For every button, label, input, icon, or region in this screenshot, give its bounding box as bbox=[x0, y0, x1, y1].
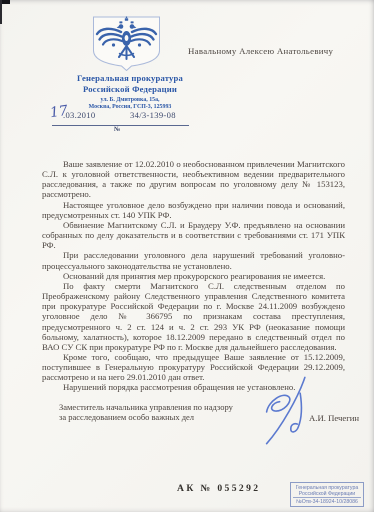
paragraph: Ваше заявление от 12.02.2010 о необоснов… bbox=[42, 159, 345, 200]
form-number: АК № 055292 bbox=[177, 483, 261, 494]
paragraph: Настоящее уголовное дело возбуждено при … bbox=[42, 200, 345, 220]
stamp-line3: №Отв-34-18924-10/28086 bbox=[293, 497, 361, 505]
coat-of-arms-icon bbox=[90, 15, 163, 73]
date-row: 17 .03.2010 34/3-139-08 bbox=[46, 108, 236, 124]
letter-body: Ваше заявление от 12.02.2010 о необоснов… bbox=[42, 159, 345, 393]
paragraph: По факту смерти Магнитского С.Л. следств… bbox=[42, 281, 345, 352]
org-name: Генеральная прокуратура Российской Федер… bbox=[35, 73, 225, 94]
signatory-title-line2: за расследованием особо важных дел bbox=[59, 412, 269, 422]
number-sign-label: № bbox=[114, 126, 121, 133]
org-name-line1: Генеральная прокуратура bbox=[35, 73, 225, 84]
signatory-title-line1: Заместитель начальника управления по над… bbox=[59, 402, 269, 412]
paragraph: При расследовании уголовного дела наруше… bbox=[42, 250, 345, 270]
signature-icon bbox=[261, 373, 331, 449]
signatory-title: Заместитель начальника управления по над… bbox=[59, 402, 269, 423]
reference-number: 34/3-139-08 bbox=[130, 110, 176, 120]
stamp-line1: Генеральная прокуратура bbox=[291, 485, 363, 491]
scan-edge-artifact bbox=[0, 0, 2, 24]
stamp-line2: Российской Федерации bbox=[291, 491, 363, 497]
paragraph: Оснований для принятия мер прокурорского… bbox=[42, 271, 345, 281]
addressee-name: Навальному Алексею Анатольевичу bbox=[188, 46, 358, 56]
date-printed: .03.2010 bbox=[63, 110, 95, 120]
paragraph: Обвинение Магнитскому С.Л. и Браудеру У.… bbox=[42, 220, 345, 250]
scanned-letter-page: Генеральная прокуратура Российской Федер… bbox=[0, 0, 374, 512]
registration-stamp: Генеральная прокуратура Российской Федер… bbox=[290, 482, 364, 507]
signatory-name: А.И. Печегин bbox=[309, 413, 359, 423]
org-name-line2: Российской Федерации bbox=[35, 84, 225, 95]
